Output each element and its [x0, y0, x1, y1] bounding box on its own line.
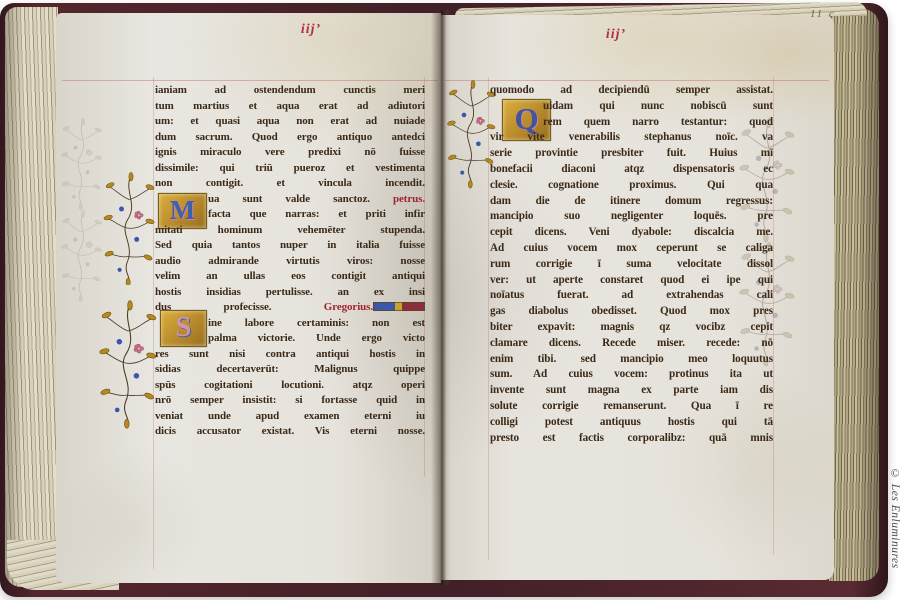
- line-text: palma victorie. Unde ergo victo: [208, 332, 425, 344]
- line-text: sum. Ad cuius vocem: protinus ita ut: [490, 368, 773, 380]
- line-text: non contigit. et vincula incendit.: [155, 177, 425, 189]
- manuscript-line: sidias decertaverūt: Malignus quippe: [155, 362, 425, 378]
- manuscript-line: cepit dicens. Veni dyabole: discalcia me…: [490, 225, 773, 241]
- folio-heading-left: iij’: [281, 22, 341, 38]
- line-text: veniat unde apud examen eterni iu: [155, 410, 425, 422]
- manuscript-line: ua sunt valde sanctoz. petrus.: [155, 192, 425, 208]
- line-text: Ad cuius vocem mox ceperunt se caliga: [490, 242, 773, 254]
- line-text: facta que narras: et priti infir: [208, 208, 425, 220]
- line-text: Sed quia tantos nuper in italia fuisse: [155, 239, 425, 251]
- line-text: clamare dicens. Recede miser. recede: nō: [490, 337, 773, 349]
- ruling-line: [153, 77, 154, 569]
- left-page-text: ianiam ad ostendendum cunctis meritum ma…: [155, 83, 425, 440]
- rubric-text: petrus.: [370, 193, 425, 205]
- manuscript-line: noīatus fuerat. ad extrahendas cali: [490, 288, 773, 304]
- manuscript-line: rem quem narro testantur: quod: [490, 115, 773, 131]
- manuscript-line: ver: ut aperte constaret quod ei ipe qui: [490, 273, 773, 289]
- line-text: dam die de itinere domum regressus:: [490, 195, 773, 207]
- manuscript-line: solute corrigie remanserunt. Qua ī re: [490, 399, 773, 415]
- manuscript-line: dicis accusator existat. Vis eterni noss…: [155, 424, 425, 440]
- manuscript-line: vir vite venerabilis stephanus noīc. va: [490, 130, 773, 146]
- manuscript-line: audio admirande virtutis viros: nosse: [155, 254, 425, 270]
- line-text: rum corrigie ī suma velocitate dissol: [490, 258, 773, 270]
- manuscript-photo: iij’ M S ianiam ad ostendendum cunctis m…: [0, 0, 921, 600]
- line-text: mancipio suo negligenter loquēs. pre: [490, 210, 773, 222]
- manuscript-line: hostis insidias pertulisse. an ex insi: [155, 285, 425, 301]
- manuscript-line: spūs cogitationi locutioni. atqz operi: [155, 378, 425, 394]
- line-text: bonefacii diaconi atqz dispensatoris ec: [490, 163, 773, 175]
- manuscript-line: rum corrigie ī suma velocitate dissol: [490, 257, 773, 273]
- line-text: ver: ut aperte constaret quod ei ipe qui: [490, 274, 773, 286]
- manuscript-line: ianiam ad ostendendum cunctis meri: [155, 83, 425, 99]
- line-text: uidam qui nunc nobiscū sunt: [543, 100, 773, 112]
- line-filler-ornament: [373, 302, 425, 311]
- manuscript-line: dus profecisse. Gregorius.: [155, 300, 425, 316]
- manuscript-line: Ad cuius vocem mox ceperunt se caliga: [490, 241, 773, 257]
- line-text: dus profecisse.: [155, 301, 271, 313]
- page-edges-right: [829, 9, 879, 581]
- line-text: audio admirande virtutis viros: nosse: [155, 255, 425, 267]
- manuscript-line: sum. Ad cuius vocem: protinus ita ut: [490, 367, 773, 383]
- line-text: noīatus fuerat. ad extrahendas cali: [490, 289, 773, 301]
- manuscript-line: gas diabolus obedisset. Quod mox pres: [490, 304, 773, 320]
- line-text: presto est factis corporalibz: quā mnis: [490, 432, 773, 444]
- rubric-text: Gregorius.: [271, 301, 373, 313]
- line-text: ua sunt valde sanctoz.: [208, 193, 370, 205]
- line-text: spūs cogitationi locutioni. atqz operi: [155, 379, 425, 391]
- ruling-line: [488, 77, 489, 560]
- manuscript-line: quomodo ad decipiendū semper assistat.: [490, 83, 773, 99]
- manuscript-line: dissimile: qui triū pueroz et vestimenta: [155, 161, 425, 177]
- manuscript-line: colligi potest antiquus hostis qui tā: [490, 415, 773, 431]
- line-text: ine labore certaminis: non est: [208, 317, 425, 329]
- manuscript-line: serie provintie presbiter fuit. Huius mī: [490, 146, 773, 162]
- manuscript-line: res sunt nisi contra antiqui hostis in: [155, 347, 425, 363]
- folio-number: 11 c: [810, 8, 836, 20]
- manuscript-line: mancipio suo negligenter loquēs. pre: [490, 209, 773, 225]
- line-text: solute corrigie remanserunt. Qua ī re: [490, 400, 773, 412]
- manuscript-line: bonefacii diaconi atqz dispensatoris ec: [490, 162, 773, 178]
- line-text: invente sunt magna ex parte iam dis: [490, 384, 773, 396]
- manuscript-line: Sed quia tantos nuper in italia fuisse: [155, 238, 425, 254]
- line-text: serie provintie presbiter fuit. Huius mī: [490, 147, 773, 159]
- line-text: hostis insidias pertulisse. an ex insi: [155, 286, 425, 298]
- line-text: ignis miraculo vere predixi nō fuisse: [155, 146, 425, 158]
- line-text: dum sacrum. Quod ergo antiquo antedci: [155, 131, 425, 143]
- line-text: cepit dicens. Veni dyabole: discalcia me…: [490, 226, 773, 238]
- line-text: gas diabolus obedisset. Quod mox pres: [490, 305, 773, 317]
- line-text: velim an ullas eos contigit antiqui: [155, 270, 425, 282]
- manuscript-line: ignis miraculo vere predixi nō fuisse: [155, 145, 425, 161]
- line-text: res sunt nisi contra antiqui hostis in: [155, 348, 425, 360]
- line-text: enim tibi. sed mancipio meo loquutus: [490, 353, 773, 365]
- left-page: iij’ M S ianiam ad ostendendum cunctis m…: [56, 13, 441, 583]
- book-gutter: [431, 10, 451, 585]
- line-text: biter expavit: magnis qz vocibz cepit: [490, 321, 773, 333]
- manuscript-line: non contigit. et vincula incendit.: [155, 176, 425, 192]
- ruling-line: [773, 77, 774, 555]
- manuscript-line: facta que narras: et priti infir: [155, 207, 425, 223]
- manuscript-line: mitati hominum vehemēter stupenda.: [155, 223, 425, 239]
- manuscript-line: tum martius et aqua erat ad adiutori: [155, 99, 425, 115]
- right-page: iij’ Q quomodo ad decipiendū semper assi…: [441, 15, 834, 580]
- manuscript-line: nrō semper insistit: si fortasse quid in: [155, 393, 425, 409]
- line-text: dicis accusator existat. Vis eterni noss…: [155, 425, 425, 437]
- line-text: sidias decertaverūt: Malignus quippe: [155, 363, 425, 375]
- ruling-line: [62, 80, 438, 81]
- manuscript-line: clamare dicens. Recede miser. recede: nō: [490, 336, 773, 352]
- manuscript-line: uidam qui nunc nobiscū sunt: [490, 99, 773, 115]
- manuscript-line: veniat unde apud examen eterni iu: [155, 409, 425, 425]
- manuscript-line: palma victorie. Unde ergo victo: [155, 331, 425, 347]
- line-text: colligi potest antiquus hostis qui tā: [490, 416, 773, 428]
- line-text: mitati hominum vehemēter stupenda.: [155, 224, 425, 236]
- showthrough-decoration: [60, 79, 106, 339]
- manuscript-line: invente sunt magna ex parte iam dis: [490, 383, 773, 399]
- line-text: rem quem narro testantur: quod: [543, 116, 773, 128]
- manuscript-line: dum sacrum. Quod ergo antiquo antedci: [155, 130, 425, 146]
- line-text: vir vite venerabilis stephanus noīc. va: [490, 131, 773, 143]
- line-text: nrō semper insistit: si fortasse quid in: [155, 394, 425, 406]
- line-text: um: et quasi aqua non erat ad nuiade: [155, 115, 425, 127]
- line-text: tum martius et aqua erat ad adiutori: [155, 100, 425, 112]
- folio-heading-right: iij’: [586, 27, 646, 43]
- manuscript-line: dam die de itinere domum regressus:: [490, 194, 773, 210]
- line-text: ianiam ad ostendendum cunctis meri: [155, 84, 425, 96]
- manuscript-line: velim an ullas eos contigit antiqui: [155, 269, 425, 285]
- photo-credit: © Les Enluminures: [889, 468, 901, 596]
- line-text: clesie. cognatione proximus. Qui qua: [490, 179, 773, 191]
- page-edges-left: [5, 7, 58, 587]
- manuscript-line: ine labore certaminis: non est: [155, 316, 425, 332]
- line-text: dissimile: qui triū pueroz et vestimenta: [155, 162, 425, 174]
- right-page-text: quomodo ad decipiendū semper assistat.ui…: [490, 83, 773, 446]
- manuscript-line: um: et quasi aqua non erat ad nuiade: [155, 114, 425, 130]
- ruling-line: [445, 80, 829, 81]
- manuscript-line: clesie. cognatione proximus. Qui qua: [490, 178, 773, 194]
- manuscript-line: enim tibi. sed mancipio meo loquutus: [490, 352, 773, 368]
- manuscript-line: presto est factis corporalibz: quā mnis: [490, 431, 773, 447]
- line-text: quomodo ad decipiendū semper assistat.: [490, 84, 773, 96]
- floral-border-decoration-upper: [102, 171, 160, 285]
- manuscript-line: biter expavit: magnis qz vocibz cepit: [490, 320, 773, 336]
